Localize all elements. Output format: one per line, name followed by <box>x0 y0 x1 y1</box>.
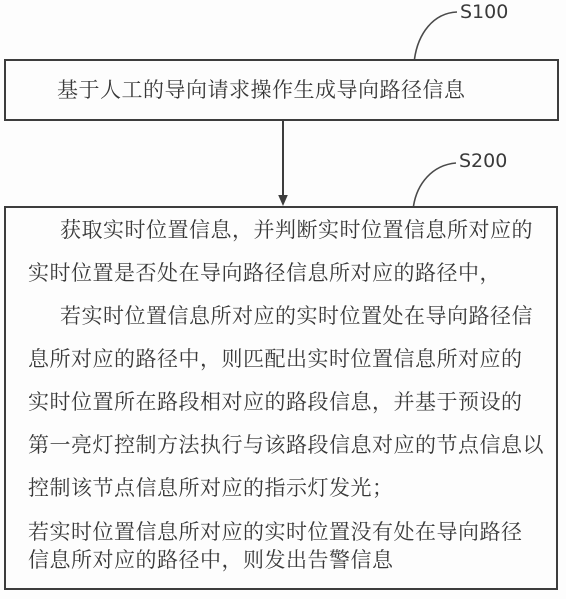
s200-leader-line <box>414 163 457 206</box>
s100-leader-line <box>415 12 458 59</box>
step2-line: 息所对应的路径中，则匹配出实时位置信息所对应的 <box>28 338 548 381</box>
step2-line: 若实时位置信息所对应的实时位置处在导向路径信 <box>28 295 548 338</box>
flowchart-figure: S100 S200 基于人工的导向请求操作生成导向路径信息 获取实时位置信息，并… <box>0 0 566 599</box>
step2-line: 实时位置是否处在导向路径信息所对应的路径中， <box>28 252 548 295</box>
step2-box: 获取实时位置信息，并判断实时位置信息所对应的 实时位置是否处在导向路径信息所对应… <box>4 206 558 590</box>
step-label-s100: S100 <box>460 1 508 23</box>
step2-line: 若实时位置信息所对应的实时位置没有处在导向路径 <box>28 518 548 546</box>
step1-box: 基于人工的导向请求操作生成导向路径信息 <box>4 59 559 121</box>
step2-line: 第一亮灯控制方法执行与该路段信息对应的节点信息以 <box>28 424 548 467</box>
arrowhead-down-icon <box>278 195 288 206</box>
step2-line: 实时位置所在路段相对应的路段信息，并基于预设的 <box>28 381 548 424</box>
step1-text: 基于人工的导向请求操作生成导向路径信息 <box>6 61 557 119</box>
step2-line: 控制该节点信息所对应的指示灯发光； <box>28 467 548 510</box>
step2-line: 获取实时位置信息，并判断实时位置信息所对应的 <box>28 209 548 252</box>
step2-line: 信息所对应的路径中，则发出告警信息 <box>28 546 548 574</box>
step-label-s200: S200 <box>459 150 507 172</box>
